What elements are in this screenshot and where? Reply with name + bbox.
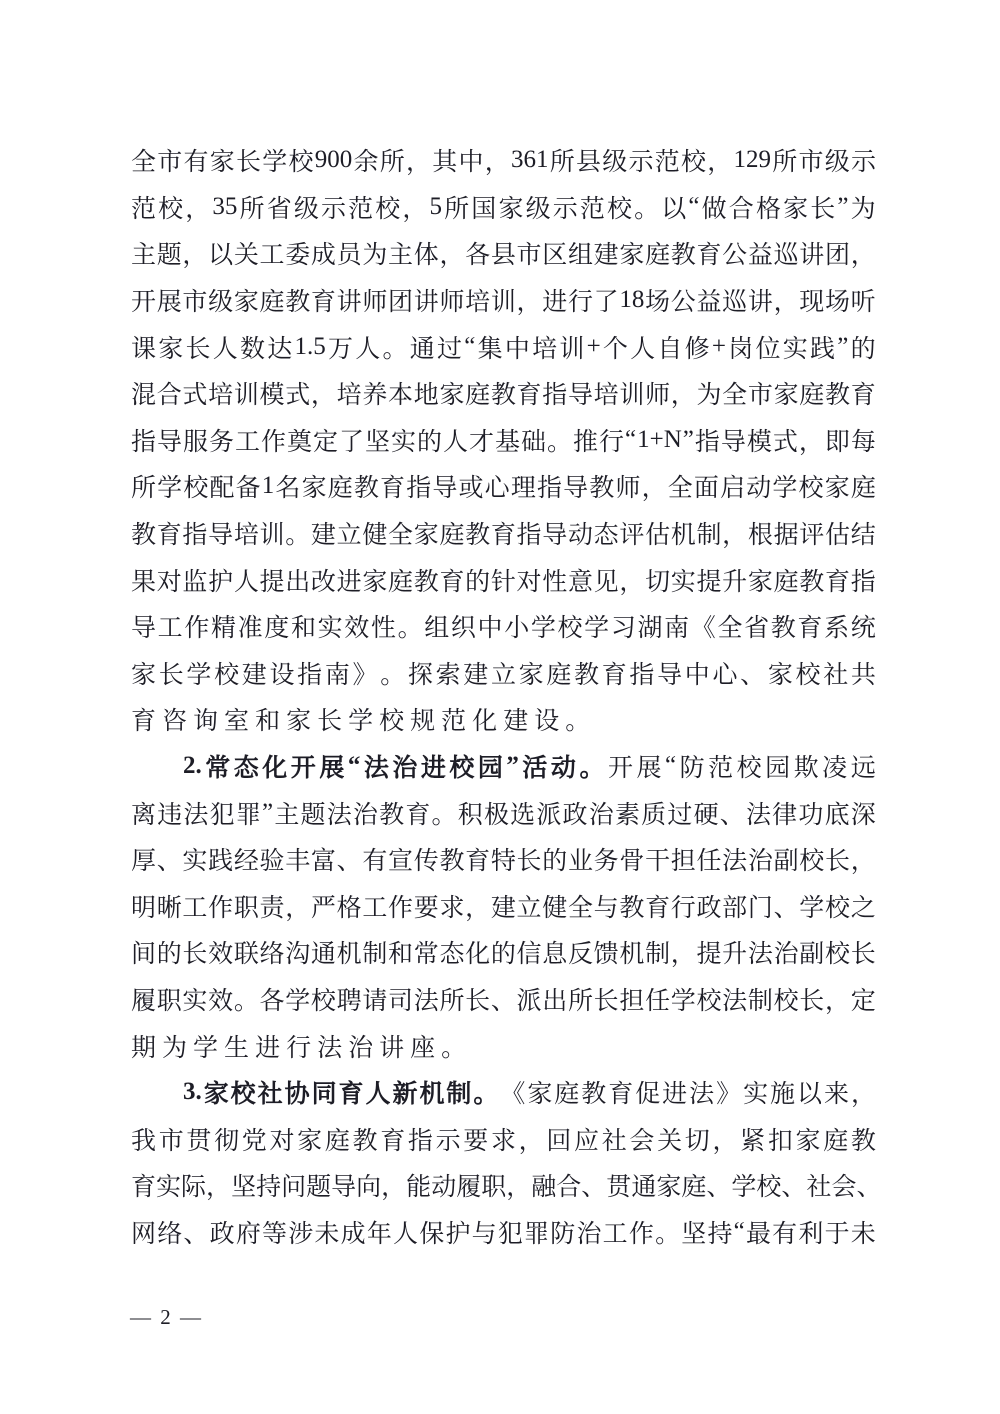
glyph: 展 xyxy=(319,748,344,784)
glyph: 学 xyxy=(731,1167,756,1203)
glyph: 为 xyxy=(362,235,387,271)
glyph: 晰 xyxy=(157,888,182,924)
glyph: 网 xyxy=(131,1214,156,1250)
glyph: 等 xyxy=(262,1214,287,1250)
glyph: 长 xyxy=(825,841,850,877)
glyph: 巡 xyxy=(774,235,799,271)
glyph: ” xyxy=(837,193,848,221)
glyph: 指 xyxy=(406,468,431,504)
glyph: 育 xyxy=(380,468,405,504)
glyph: 作 xyxy=(388,888,413,924)
glyph: 导 xyxy=(542,515,567,551)
glyph: 展 xyxy=(157,282,182,318)
glyph: 治 xyxy=(589,795,614,831)
glyph: 理 xyxy=(511,468,536,504)
glyph: 建 xyxy=(491,888,516,924)
glyph: 师 xyxy=(615,468,640,504)
glyph: 质 xyxy=(641,795,666,831)
glyph: 中 xyxy=(505,329,530,365)
glyph: 或 xyxy=(459,468,484,504)
glyph: 育 xyxy=(602,655,627,691)
glyph: 中 xyxy=(458,142,483,178)
glyph: 活 xyxy=(522,748,547,784)
glyph: 动 xyxy=(568,515,593,551)
glyph: 园 xyxy=(765,748,790,784)
glyph: 融 xyxy=(531,1167,556,1203)
glyph: 功 xyxy=(798,795,823,831)
glyph: 的 xyxy=(417,422,442,458)
glyph: 培 xyxy=(465,282,490,318)
glyph: 护 xyxy=(208,562,233,598)
glyph: 要 xyxy=(463,1121,488,1157)
glyph: 学 xyxy=(157,468,182,504)
glyph: 出 xyxy=(542,981,567,1017)
glyph: 效 xyxy=(208,981,233,1017)
glyph: 长 xyxy=(594,981,619,1017)
glyph: 切 xyxy=(645,562,670,598)
glyph: 35 xyxy=(212,193,237,221)
glyph: 罪 xyxy=(524,1214,549,1250)
glyph: 训 xyxy=(491,282,516,318)
glyph: 家 xyxy=(783,189,808,225)
glyph: 人 xyxy=(630,329,655,365)
glyph: 我 xyxy=(131,1121,156,1157)
glyph: 利 xyxy=(798,1214,823,1250)
text-line: 2.常态化开展“法治进校园”活动。开展“防范校园欺凌远 xyxy=(131,743,876,790)
glyph: 间 xyxy=(131,934,156,970)
glyph: 。 xyxy=(398,608,423,644)
glyph: 实 xyxy=(182,981,207,1017)
glyph: 础 xyxy=(521,422,546,458)
glyph: 息 xyxy=(542,934,567,970)
glyph: 凌 xyxy=(822,748,847,784)
text-line: 混合式培训模式，培养本地家庭教育指导培训师，为全市家庭教育 xyxy=(131,370,876,417)
glyph: 与 xyxy=(594,888,619,924)
glyph: 位 xyxy=(756,329,781,365)
glyph: 。 xyxy=(285,515,310,551)
glyph: 育 xyxy=(131,1167,156,1203)
glyph: 向 xyxy=(356,1167,381,1203)
glyph: “ xyxy=(734,1218,745,1246)
glyph: ， xyxy=(722,515,747,551)
glyph: 际 xyxy=(181,1167,206,1203)
glyph: 设 xyxy=(269,655,294,691)
glyph: 制 xyxy=(645,934,670,970)
glyph: 校 xyxy=(289,142,314,178)
glyph: 反 xyxy=(568,934,593,970)
glyph: 作 xyxy=(184,608,209,644)
glyph: 18 xyxy=(619,286,644,314)
glyph: 法 xyxy=(317,1028,342,1064)
text-line: 指导服务工作奠定了坚实的人才基础。推行“1+N”指导模式，即每 xyxy=(131,417,876,464)
glyph: 坚 xyxy=(231,1167,256,1203)
glyph: 违 xyxy=(157,795,182,831)
glyph: 常 xyxy=(205,748,230,784)
glyph: 市 xyxy=(748,375,773,411)
glyph: 明 xyxy=(131,888,156,924)
glyph: 评 xyxy=(799,515,824,551)
glyph: 索 xyxy=(436,655,461,691)
glyph: 求 xyxy=(439,888,464,924)
glyph: 法 xyxy=(183,795,208,831)
glyph: 委 xyxy=(285,235,310,271)
glyph: 所 xyxy=(444,189,469,225)
glyph: 未 xyxy=(314,1214,339,1250)
glyph: 各 xyxy=(260,981,285,1017)
glyph: 同 xyxy=(312,1074,337,1110)
glyph: 教 xyxy=(354,468,379,504)
glyph: 校 xyxy=(756,1167,781,1203)
glyph: 组 xyxy=(568,235,593,271)
glyph: 工 xyxy=(235,422,260,458)
glyph: 做 xyxy=(702,189,727,225)
glyph: ， xyxy=(285,888,310,924)
glyph: 性 xyxy=(371,608,396,644)
glyph: ， xyxy=(381,1167,406,1203)
glyph: 集 xyxy=(478,329,503,365)
glyph: 机 xyxy=(671,515,696,551)
glyph: 导 xyxy=(657,655,682,691)
glyph: 党 xyxy=(242,1121,267,1157)
glyph: 、 xyxy=(183,1214,208,1250)
glyph: 庭 xyxy=(823,1121,848,1157)
glyph: 讲 xyxy=(379,1028,404,1064)
glyph: 示 xyxy=(628,142,653,178)
glyph: 学 xyxy=(186,655,211,691)
glyph: 立 xyxy=(517,888,542,924)
glyph: 有 xyxy=(184,142,209,178)
glyph: 奠 xyxy=(287,422,312,458)
glyph: 。 xyxy=(634,189,659,225)
glyph: 市 xyxy=(517,235,542,271)
glyph: 校 xyxy=(799,468,824,504)
glyph: 家 xyxy=(619,235,644,271)
glyph: 导 xyxy=(568,375,593,411)
glyph: 模 xyxy=(747,422,772,458)
glyph: 修 xyxy=(685,329,710,365)
glyph: 立 xyxy=(337,515,362,551)
glyph: 级 xyxy=(294,189,319,225)
glyph: ， xyxy=(671,375,696,411)
glyph: 省 xyxy=(267,189,292,225)
glyph: 训 xyxy=(234,375,259,411)
glyph: 长 xyxy=(465,981,490,1017)
glyph: 年 xyxy=(367,1214,392,1250)
glyph: 校 xyxy=(681,142,706,178)
glyph: 底 xyxy=(825,795,850,831)
glyph: 教 xyxy=(491,375,516,411)
glyph: 、 xyxy=(740,655,765,691)
glyph: 师 xyxy=(362,282,387,318)
glyph: 为 xyxy=(851,189,876,225)
glyph: 庭 xyxy=(328,468,353,504)
glyph: 范 xyxy=(708,748,733,784)
glyph: 展 xyxy=(636,748,661,784)
glyph: 担 xyxy=(671,841,696,877)
glyph: 市 xyxy=(157,142,182,178)
glyph: 治 xyxy=(748,841,773,877)
glyph: 讲 xyxy=(414,282,439,318)
glyph: 动 xyxy=(431,1167,456,1203)
glyph: 治 xyxy=(353,795,378,831)
glyph: 生 xyxy=(224,1028,249,1064)
glyph: 建 xyxy=(242,655,267,691)
glyph: 法 xyxy=(722,981,747,1017)
glyph: 学 xyxy=(799,888,824,924)
glyph: 特 xyxy=(491,841,516,877)
glyph: 。 xyxy=(441,1028,466,1064)
glyph: 化 xyxy=(262,748,287,784)
glyph: ， xyxy=(619,562,644,598)
glyph: 持 xyxy=(256,1167,281,1203)
glyph: + xyxy=(712,333,726,361)
glyph: 欺 xyxy=(794,748,819,784)
glyph: 络 xyxy=(260,934,285,970)
glyph: 合 xyxy=(556,1167,581,1203)
glyph: 每 xyxy=(851,422,876,458)
glyph: 能 xyxy=(406,1167,431,1203)
glyph: 实 xyxy=(783,329,808,365)
glyph: 厚 xyxy=(131,841,156,877)
glyph: 示 xyxy=(321,189,346,225)
glyph: 校 xyxy=(796,655,821,691)
glyph: 教 xyxy=(574,655,599,691)
glyph: 备 xyxy=(236,468,261,504)
glyph: 了 xyxy=(339,422,364,458)
glyph: 极 xyxy=(484,795,509,831)
glyph: 教 xyxy=(353,1121,378,1157)
glyph: 化 xyxy=(465,934,490,970)
glyph: 教 xyxy=(581,1074,606,1110)
glyph: 严 xyxy=(311,888,336,924)
glyph: 家 xyxy=(498,189,523,225)
glyph: 效 xyxy=(344,608,369,644)
glyph: 达 xyxy=(267,329,292,365)
glyph: 的 xyxy=(851,329,876,365)
glyph: 庭 xyxy=(851,468,876,504)
glyph: 县 xyxy=(576,142,601,178)
glyph: 、 xyxy=(491,981,516,1017)
glyph: 机 xyxy=(337,934,362,970)
glyph: 课 xyxy=(131,329,156,365)
glyph: 育 xyxy=(851,375,876,411)
glyph: 所 xyxy=(550,142,575,178)
glyph: 团 xyxy=(825,235,850,271)
glyph: 个 xyxy=(603,329,628,365)
text-line: 育咨询室和家长学校规范化建设。 xyxy=(131,696,876,743)
glyph: 贯 xyxy=(186,1121,211,1157)
glyph: 座 xyxy=(410,1028,435,1064)
glyph: 家 xyxy=(362,562,387,598)
glyph: ” xyxy=(837,333,848,361)
glyph: 针 xyxy=(491,562,516,598)
glyph: 室 xyxy=(224,701,249,737)
glyph: “ xyxy=(348,752,361,780)
glyph: 市 xyxy=(159,1121,184,1157)
glyph: 校 xyxy=(158,189,183,225)
glyph: 坚 xyxy=(365,422,390,458)
glyph: 校 xyxy=(214,655,239,691)
glyph: 。 xyxy=(234,981,259,1017)
text-line: 我市贯彻党对家庭教育指示要求，回应社会关切，紧扣家庭教 xyxy=(131,1115,876,1162)
text-line: 间的长效联络沟通机制和常态化的信息反馈机制，提升法治副校长 xyxy=(131,929,876,976)
glyph: 家 xyxy=(204,1074,229,1110)
glyph: 培 xyxy=(337,375,362,411)
glyph: 人 xyxy=(393,1214,418,1250)
glyph: 3. xyxy=(183,1078,202,1106)
glyph: 、 xyxy=(706,1167,731,1203)
glyph: 建 xyxy=(311,515,336,551)
glyph: 家 xyxy=(774,375,799,411)
glyph: 了 xyxy=(594,282,619,318)
glyph: 系 xyxy=(824,608,849,644)
glyph: ， xyxy=(712,1121,737,1157)
glyph: 岗 xyxy=(728,329,753,365)
glyph: 育 xyxy=(380,1121,405,1157)
glyph: 指 xyxy=(182,515,207,551)
glyph: 教 xyxy=(465,515,490,551)
glyph: 实 xyxy=(318,608,343,644)
glyph: 示 xyxy=(436,1121,461,1157)
glyph: 动 xyxy=(746,468,771,504)
glyph: 实 xyxy=(156,1167,181,1203)
glyph: 改 xyxy=(311,562,336,598)
glyph: 361 xyxy=(511,146,549,174)
glyph: 才 xyxy=(469,422,494,458)
glyph: 导 xyxy=(721,422,746,458)
glyph: 履 xyxy=(131,981,156,1017)
glyph: 示 xyxy=(851,142,876,178)
glyph: 所 xyxy=(380,142,405,178)
glyph: 请 xyxy=(362,981,387,1017)
glyph: ， xyxy=(439,235,464,271)
glyph: ， xyxy=(671,934,696,970)
glyph: 有 xyxy=(362,841,387,877)
glyph: 过 xyxy=(667,795,692,831)
glyph: 益 xyxy=(748,235,773,271)
glyph: 1.5 xyxy=(295,333,326,361)
text-line: 所学校配备1名家庭教育指导或心理指导教师，全面启动学校家庭 xyxy=(131,463,876,510)
glyph: “ xyxy=(464,333,475,361)
glyph: 应 xyxy=(574,1121,599,1157)
glyph: 育 xyxy=(339,1074,364,1110)
glyph: + xyxy=(587,333,601,361)
glyph: 习 xyxy=(611,608,636,644)
glyph: 法 xyxy=(748,934,773,970)
glyph: 护 xyxy=(445,1214,470,1250)
glyph: 定 xyxy=(851,981,876,1017)
glyph: 通 xyxy=(631,1167,656,1203)
glyph: 。 xyxy=(579,748,604,784)
glyph: 联 xyxy=(234,934,259,970)
glyph: 庭 xyxy=(799,375,824,411)
glyph: 、 xyxy=(720,795,745,831)
glyph: 、 xyxy=(856,1167,881,1203)
glyph: 统 xyxy=(851,608,876,644)
glyph: 升 xyxy=(722,562,747,598)
glyph: 庭 xyxy=(439,515,464,551)
glyph: 意 xyxy=(568,562,593,598)
glyph: 最 xyxy=(746,1214,771,1250)
glyph: 部 xyxy=(722,888,747,924)
glyph: 所 xyxy=(131,468,156,504)
glyph: 服 xyxy=(183,422,208,458)
glyph: 育 xyxy=(157,515,182,551)
glyph: 。 xyxy=(565,701,590,737)
glyph: 行 xyxy=(599,422,624,458)
glyph: 配 xyxy=(209,468,234,504)
glyph: 任 xyxy=(645,981,670,1017)
glyph: 家 xyxy=(796,1121,821,1157)
glyph: ， xyxy=(506,1167,531,1203)
glyph: 题 xyxy=(306,1167,331,1203)
glyph: 探 xyxy=(408,655,433,691)
glyph: 立 xyxy=(491,655,516,691)
glyph: 询 xyxy=(193,701,218,737)
glyph: 开 xyxy=(608,748,633,784)
glyph: 地 xyxy=(414,375,439,411)
glyph: 精 xyxy=(211,608,236,644)
text-line: 范校，35所省级示范校，5所国家级示范校。以“做合格家长”为 xyxy=(131,184,876,231)
glyph: 对 xyxy=(157,562,182,598)
glyph: 指 xyxy=(131,422,156,458)
glyph: 育 xyxy=(465,841,490,877)
glyph: 常 xyxy=(414,934,439,970)
glyph: 家 xyxy=(439,375,464,411)
glyph: 提 xyxy=(696,562,721,598)
glyph: 范 xyxy=(441,701,466,737)
glyph: 人 xyxy=(213,329,238,365)
document-page: { "document": { "text_color": "#1d1d26",… xyxy=(0,0,1000,1414)
glyph: 式 xyxy=(182,375,207,411)
glyph: 庭 xyxy=(260,282,285,318)
glyph: 家 xyxy=(527,1074,552,1110)
glyph: 格 xyxy=(756,189,781,225)
glyph: “ xyxy=(688,193,699,221)
glyph: 庭 xyxy=(325,1121,350,1157)
glyph: 》 xyxy=(353,655,378,691)
glyph: ， xyxy=(311,375,336,411)
glyph: 素 xyxy=(615,795,640,831)
glyph: 持 xyxy=(707,1214,732,1250)
glyph: 级 xyxy=(602,142,627,178)
glyph: 实 xyxy=(182,841,207,877)
glyph: 贯 xyxy=(606,1167,631,1203)
text-line: 网络、政府等涉未成年人保护与犯罪防治工作。坚持“最有利于未 xyxy=(131,1209,876,1256)
glyph: 促 xyxy=(635,1074,660,1110)
glyph: ， xyxy=(519,1121,544,1157)
glyph: 基 xyxy=(495,422,520,458)
glyph: 模 xyxy=(260,375,285,411)
glyph: 对 xyxy=(269,1121,294,1157)
glyph: 学 xyxy=(262,142,287,178)
glyph: 庭 xyxy=(546,655,571,691)
glyph: ， xyxy=(774,282,799,318)
glyph: 与 xyxy=(472,1214,497,1250)
glyph: 制 xyxy=(446,1074,471,1110)
glyph: 的 xyxy=(542,841,567,877)
glyph: 业 xyxy=(568,841,593,877)
glyph: 咨 xyxy=(162,701,187,737)
glyph: 全 xyxy=(131,142,156,178)
glyph: 长 xyxy=(517,841,542,877)
glyph: 教 xyxy=(825,375,850,411)
glyph: ， xyxy=(185,189,210,225)
glyph: 政 xyxy=(210,1214,235,1250)
glyph: 和 xyxy=(255,701,280,737)
glyph: 129 xyxy=(733,146,771,174)
glyph: 工 xyxy=(260,235,285,271)
